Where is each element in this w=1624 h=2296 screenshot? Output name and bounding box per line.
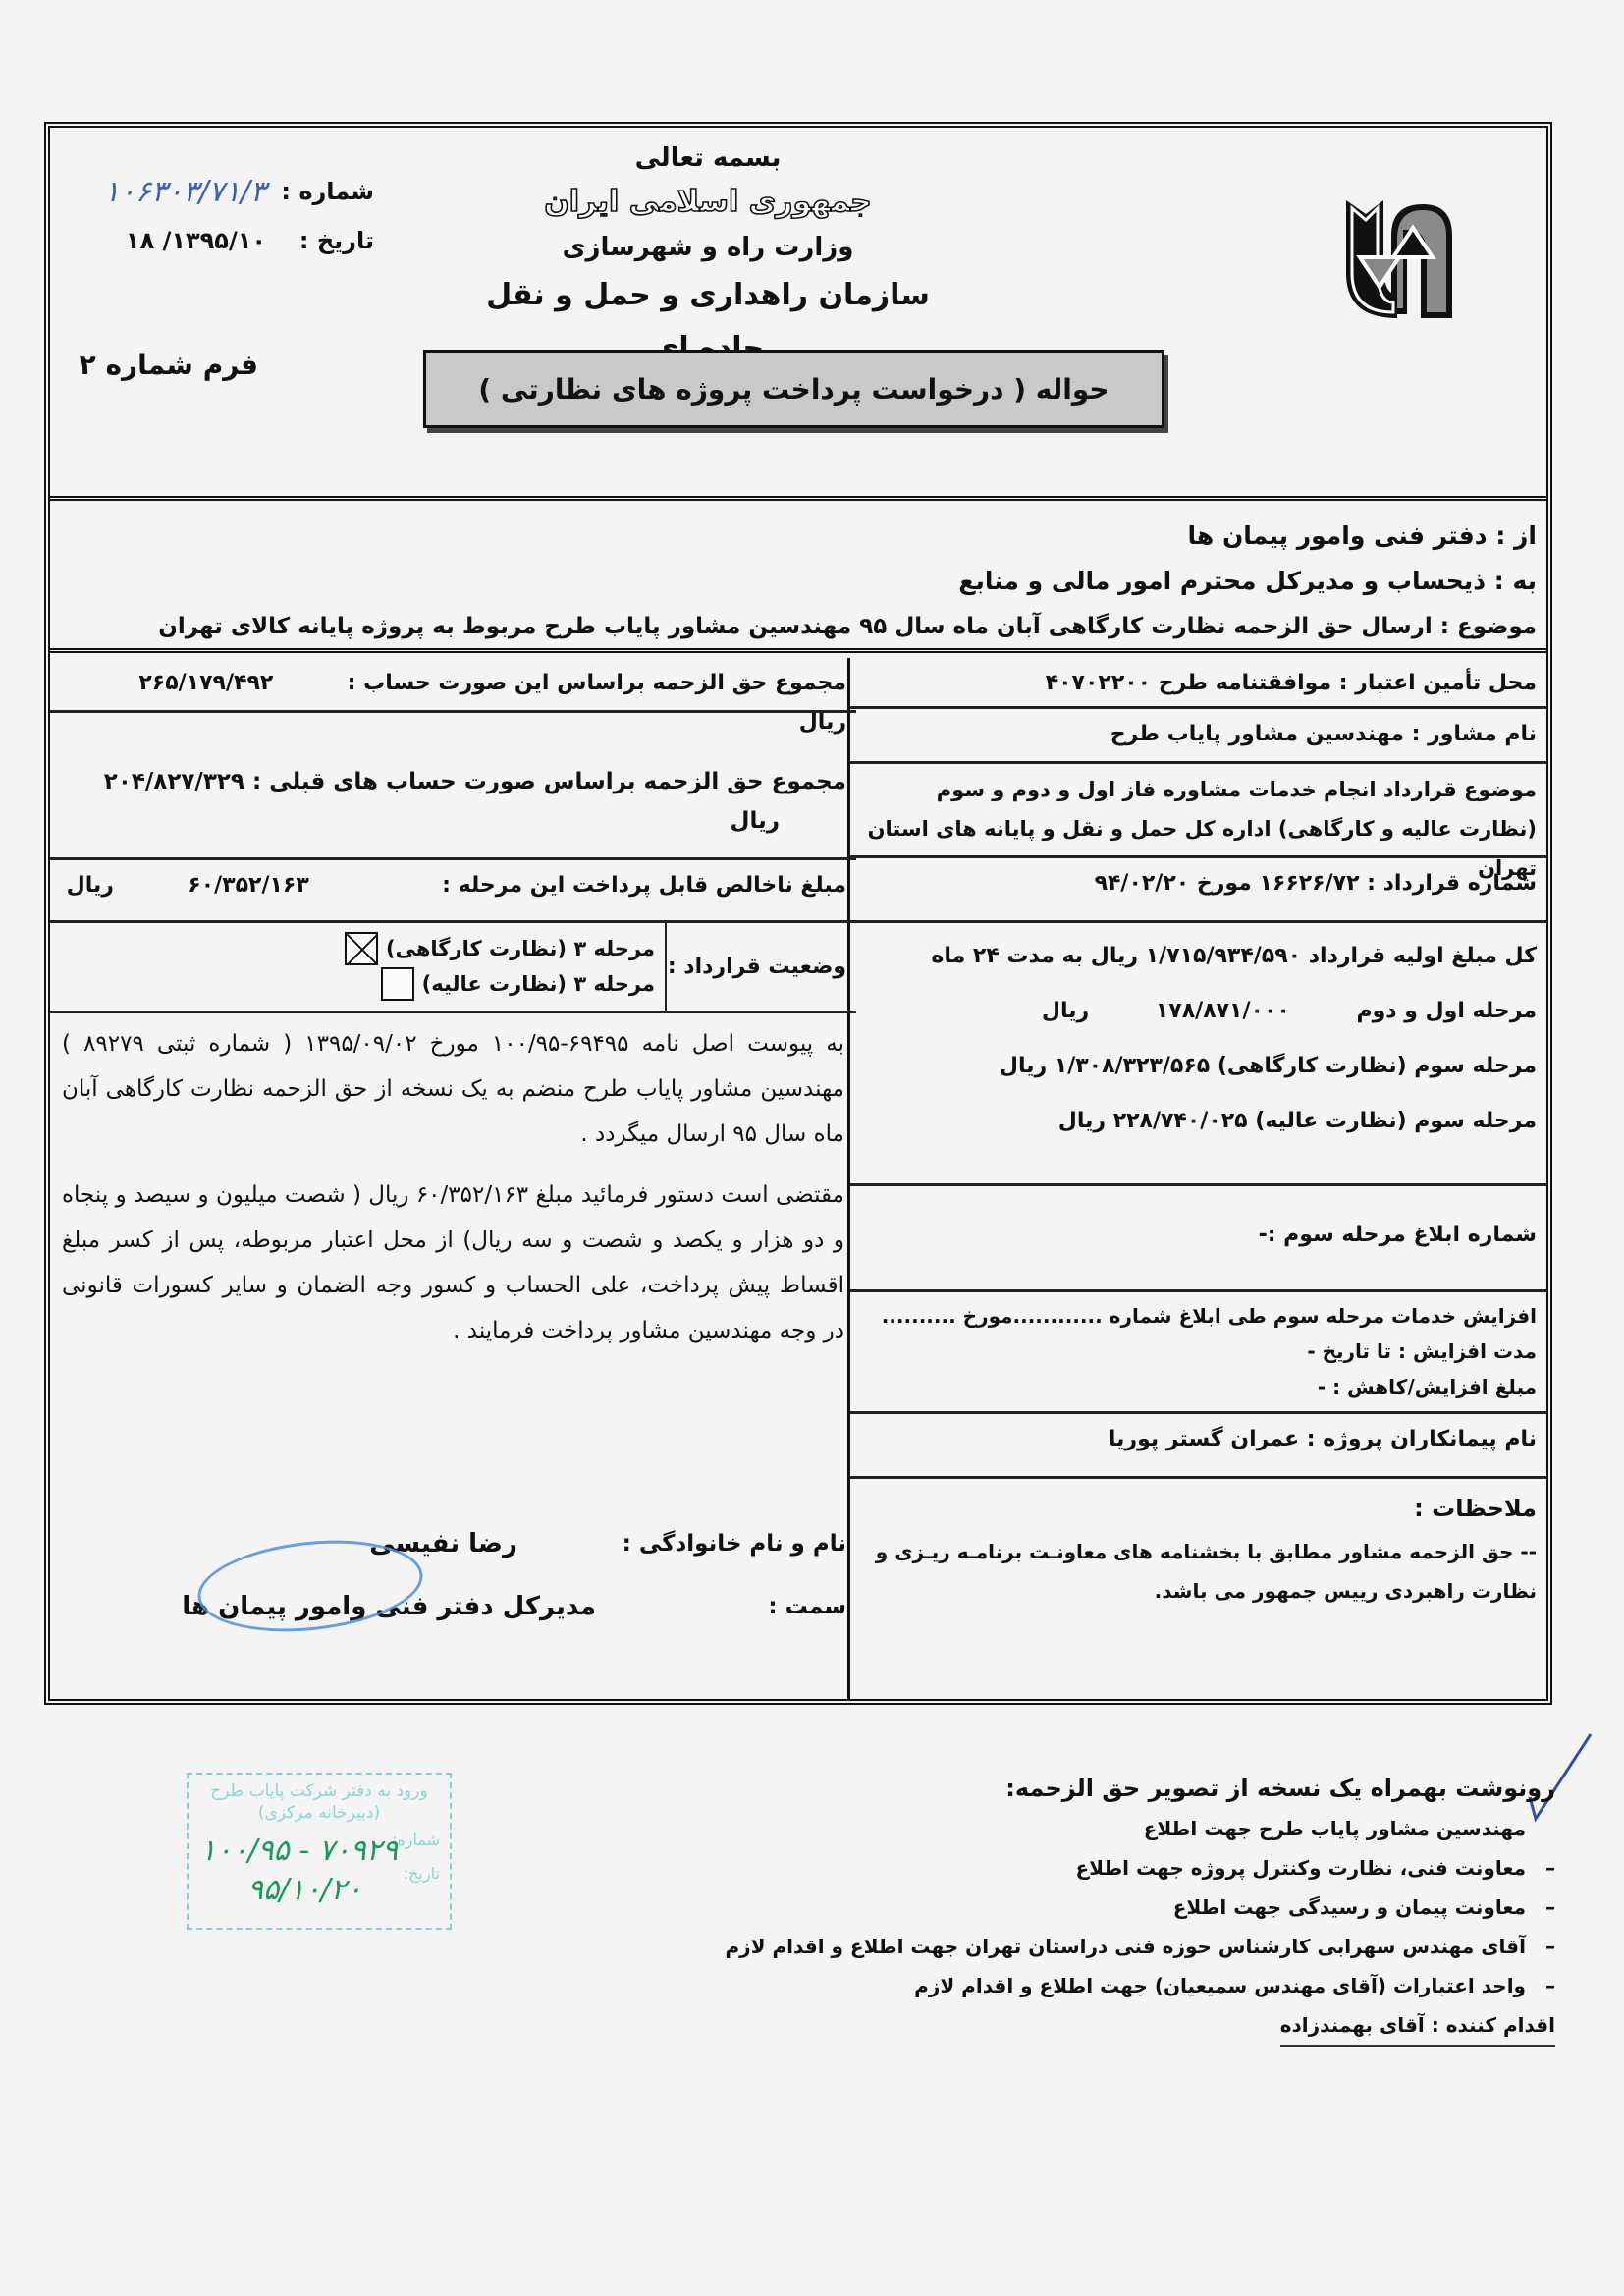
- checkbox-checked-icon[interactable]: [345, 932, 378, 965]
- contractors-name: نام پیمانکاران پروژه : عمران گستر پوریا: [850, 1414, 1546, 1479]
- phase12-row: مرحله اول و دوم ۱۷۸/۸۷۱/۰۰۰ ریال: [860, 984, 1537, 1039]
- contract-status: وضعیت قرارداد : مرحله ۳ (نظارت کارگاهی) …: [50, 923, 856, 1013]
- contract-details-column: محل تأمین اعتبار : موافقتنامه طرح ۴۰۷۰۲۲…: [847, 658, 1546, 1699]
- form-title: حواله ( درخواست پرداخت پروژه های نظارتی …: [423, 350, 1164, 428]
- status-option-high-label: مرحله ۳ (نظارت عالیه): [422, 964, 655, 1004]
- increase-duration: مدت افزایش : تا تاریخ -: [860, 1334, 1537, 1369]
- reference-block: شماره : ۱۰۶۳۰۳/۷۱/۳ تاریخ : ۱۳۹۵/۱۰/ ۱۸: [50, 167, 374, 265]
- from-line: از : دفتر فنی وامور پیمان ها: [60, 514, 1537, 559]
- stamp-subtitle: (دبیرخانه مرکزی): [198, 1802, 440, 1824]
- date-value: ۱۳۹۵/۱۰/ ۱۸: [126, 227, 266, 254]
- phase12-label: مرحله اول و دوم: [1356, 999, 1537, 1023]
- phase3-high-amount: مرحله سوم (نظارت عالیه) ۲۲۸/۷۴۰/۰۲۵ ریال: [860, 1094, 1537, 1149]
- cc-item: واحد اعتبارات (آقای مهندس سمیعیان) جهت ا…: [848, 1966, 1555, 2005]
- consultant-name: نام مشاور : مهندسین مشاور پایاب طرح: [850, 709, 1546, 764]
- cc-item: معاونت پیمان و رسیدگی جهت اطلاع: [848, 1887, 1555, 1927]
- document-page: شماره : ۱۰۶۳۰۳/۷۱/۳ تاریخ : ۱۳۹۵/۱۰/ ۱۸ …: [0, 0, 1624, 2296]
- status-option-site-label: مرحله ۳ (نظارت کارگاهی): [386, 929, 655, 968]
- contract-number: شماره قرارداد : ۱۶۶۲۶/۷۲ مورخ ۹۴/۰۲/۲۰: [850, 858, 1546, 923]
- funding-source: محل تأمین اعتبار : موافقتنامه طرح ۴۰۷۰۲۲…: [850, 658, 1546, 709]
- position-label: سمت :: [596, 1594, 856, 1619]
- date-row: تاریخ : ۱۳۹۵/۱۰/ ۱۸: [50, 216, 374, 265]
- stamp-number-value: ۱۰۰/۹۵ - ۷۰۹۲۹: [200, 1833, 398, 1868]
- status-options: مرحله ۳ (نظارت کارگاهی) مرحله ۳ (نظارت ع…: [50, 923, 665, 1011]
- carbon-copy-list: رونوشت بهمراه یک نسخه از تصویر حق الزحمه…: [848, 1768, 1555, 2047]
- total-prev-label: مجموع حق الزحمه براساس صورت حساب های قبل…: [252, 769, 846, 794]
- name-label: نام و نام خانوادگی :: [596, 1531, 856, 1557]
- cc-item: مهندسین مشاور پایاب طرح جهت اطلاع: [848, 1809, 1555, 1848]
- total-prev-value: ۲۰۴/۸۲۷/۳۲۹: [104, 769, 244, 794]
- ministry-name: وزارت راه و شهرسازی: [462, 226, 953, 269]
- rmto-logo-icon: [1338, 196, 1456, 324]
- increase-line: افزایش خدمات مرحله سوم طی ابلاغ شماره ..…: [860, 1298, 1537, 1334]
- remarks-text: -- حق الزحمه مشاور مطابق با بخشنامه های …: [860, 1532, 1537, 1611]
- increase-amount: مبلغ افزایش/کاهش : -: [860, 1369, 1537, 1404]
- position-row: سمت : مدیرکل دفتر فنی وامور پیمان ها: [50, 1575, 856, 1638]
- country-name: جمهوری اسلامی ایران: [462, 179, 953, 226]
- initial-amount: کل مبلغ اولیه قرارداد ۱/۷۱۵/۹۳۴/۵۹۰ ریال…: [860, 929, 1537, 984]
- net-value: ۶۰/۳۵۲/۱۶۳: [188, 873, 309, 898]
- address-block: از : دفتر فنی وامور پیمان ها به : ذیحساب…: [50, 506, 1546, 653]
- checkbox-empty-icon[interactable]: [381, 967, 414, 1001]
- name-row: نام و نام خانوادگی : رضا نفیسی: [50, 1512, 856, 1575]
- stamp-title: ورود به دفتر شرکت پایاب طرح: [198, 1780, 440, 1802]
- total-this-invoice: مجموع حق الزحمه براساس این صورت حساب : ۲…: [50, 658, 856, 713]
- date-label: تاریخ :: [266, 227, 374, 254]
- form-header: شماره : ۱۰۶۳۰۳/۷۱/۳ تاریخ : ۱۳۹۵/۱۰/ ۱۸ …: [50, 128, 1546, 501]
- total-this-label: مجموع حق الزحمه براساس این صورت حساب :: [348, 671, 846, 695]
- phase3-site-amount: مرحله سوم (نظارت کارگاهی) ۱/۳۰۸/۳۲۳/۵۶۵ …: [860, 1039, 1537, 1094]
- to-line: به : ذیحساب و مدیرکل محترم امور مالی و م…: [60, 559, 1537, 604]
- contract-amounts: کل مبلغ اولیه قرارداد ۱/۷۱۵/۹۳۴/۵۹۰ ریال…: [850, 923, 1546, 1186]
- phase3-notice: شماره ابلاغ مرحله سوم :-: [850, 1186, 1546, 1292]
- receipt-stamp: ورود به دفتر شرکت پایاب طرح (دبیرخانه مر…: [187, 1773, 452, 1930]
- cc-item: معاونت فنی، نظارت وکنترل پروژه جهت اطلاع: [848, 1848, 1555, 1887]
- net-payable: مبلغ ناخالص قابل پرداخت این مرحله : ۶۰/۳…: [50, 860, 856, 923]
- bismillah: بسمه تعالی: [462, 137, 953, 179]
- number-value: ۱۰۶۳۰۳/۷۱/۳: [104, 175, 266, 209]
- remarks-label: ملاحظات :: [860, 1485, 1537, 1532]
- net-label: مبلغ ناخالص قابل پرداخت این مرحله :: [442, 873, 846, 898]
- stamp-date-value: ۹۵/۱۰/۲۰: [247, 1873, 362, 1907]
- signature-block: نام و نام خانوادگی : رضا نفیسی سمت : مدی…: [50, 1512, 856, 1638]
- payment-column: مجموع حق الزحمه براساس این صورت حساب : ۲…: [50, 658, 856, 1699]
- total-this-value: ۲۶۵/۱۷۹/۴۹۲: [138, 671, 273, 695]
- cc-heading: رونوشت بهمراه یک نسخه از تصویر حق الزحمه…: [848, 1768, 1555, 1809]
- payment-instruction-paragraph: مقتضی است دستور فرمائید مبلغ ۶۰/۳۵۲/۱۶۳ …: [50, 1165, 856, 1361]
- status-label: وضعیت قرارداد :: [665, 923, 856, 1011]
- remarks-block: ملاحظات : -- حق الزحمه مشاور مطابق با بخ…: [850, 1479, 1546, 1616]
- form-number: فرم شماره ۲: [62, 349, 258, 381]
- contract-subject: موضوع قرارداد انجام خدمات مشاوره فاز اول…: [850, 764, 1546, 858]
- form-frame: شماره : ۱۰۶۳۰۳/۷۱/۳ تاریخ : ۱۳۹۵/۱۰/ ۱۸ …: [44, 122, 1552, 1705]
- number-label: شماره :: [266, 178, 374, 205]
- subject-line: موضوع : ارسال حق الزحمه نظارت کارگاهی آب…: [60, 604, 1537, 649]
- currency-label: ریال: [731, 808, 780, 834]
- letterhead: بسمه تعالی جمهوری اسلامی ایران وزارت راه…: [462, 137, 953, 375]
- action-officer: اقدام کننده : آقای بهمندزاده: [1280, 2005, 1555, 2047]
- attachment-paragraph: به پیوست اصل نامه ۶۹۴۹۵-۱۰۰/۹۵ مورخ ۱۳۹۵…: [50, 1013, 856, 1165]
- number-row: شماره : ۱۰۶۳۰۳/۷۱/۳: [50, 167, 374, 216]
- total-previous-invoices: مجموع حق الزحمه براساس صورت حساب های قبل…: [50, 713, 856, 860]
- increase-block: افزایش خدمات مرحله سوم طی ابلاغ شماره ..…: [850, 1292, 1546, 1414]
- cc-item: آقای مهندس سهرابی کارشناس حوزه فنی دراست…: [848, 1927, 1555, 1966]
- phase12-unit: ریال: [1042, 999, 1089, 1023]
- currency-label: ریال: [67, 873, 114, 898]
- status-option-high[interactable]: مرحله ۳ (نظارت عالیه): [60, 966, 655, 1002]
- status-option-site[interactable]: مرحله ۳ (نظارت کارگاهی): [60, 931, 655, 966]
- phase12-value: ۱۷۸/۸۷۱/۰۰۰: [1156, 999, 1290, 1023]
- form-body: محل تأمین اعتبار : موافقتنامه طرح ۴۰۷۰۲۲…: [50, 658, 1546, 1699]
